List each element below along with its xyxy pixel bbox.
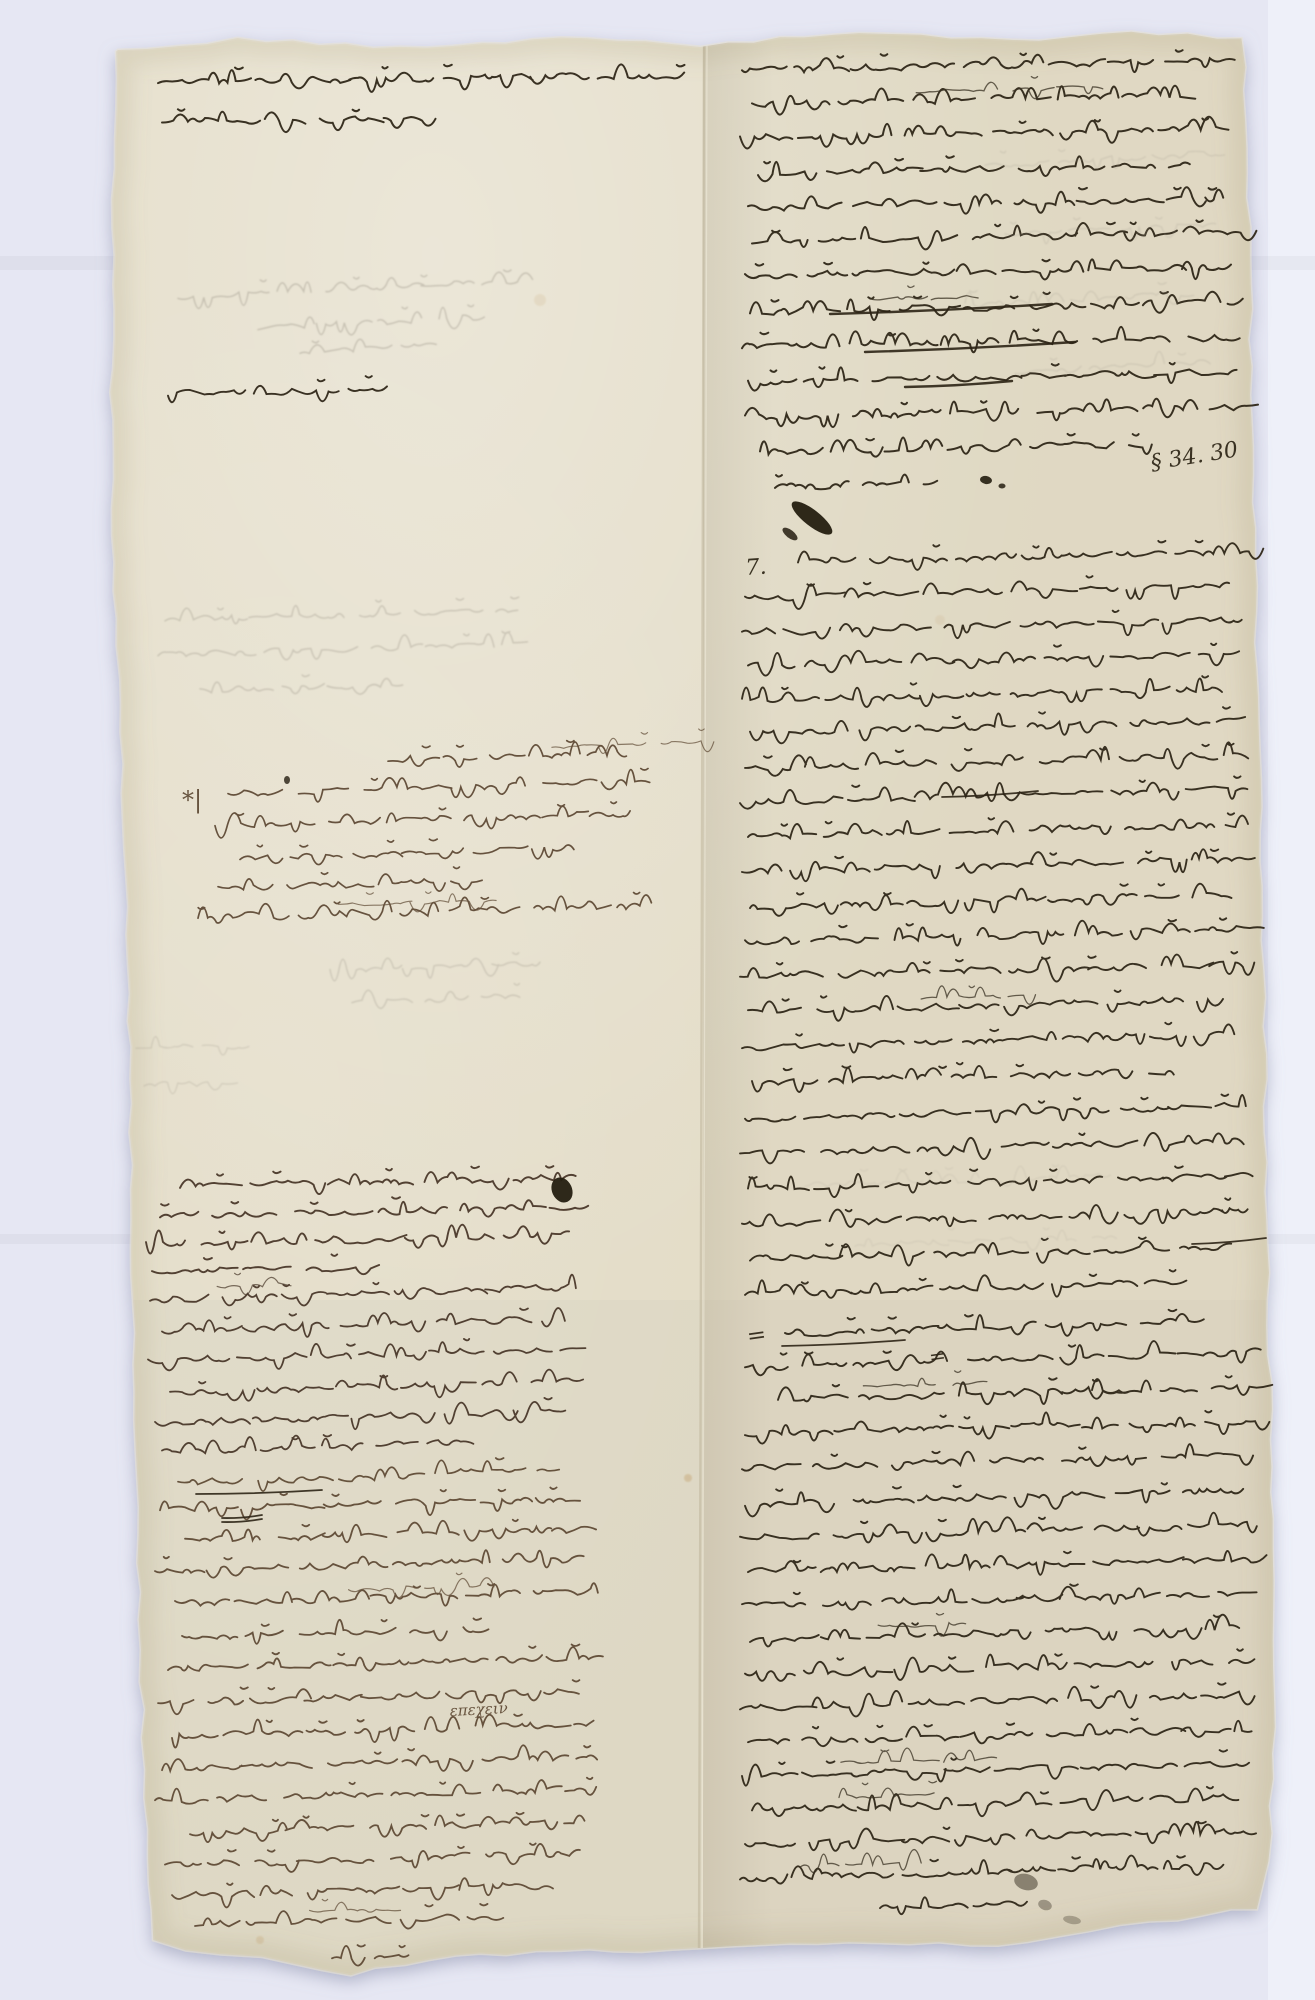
equals-sign-2: = — [927, 1343, 947, 1369]
asterisk-mark: *| — [182, 786, 202, 815]
scanned-manuscript-page: 7.§ 34. 30==επεχειν*| — [0, 0, 1315, 2000]
fold-crease-shading — [703, 40, 773, 1948]
paper-stain — [684, 1474, 692, 1482]
ink-blot — [999, 484, 1006, 489]
paper-stain — [935, 615, 945, 625]
equals-sign-1: = — [745, 1322, 768, 1350]
greek-word: επεχειν — [449, 1699, 508, 1720]
section-number: 7. — [745, 555, 768, 581]
paper-stain — [534, 294, 546, 306]
manuscript-scan: 7.§ 34. 30==επεχειν*| — [0, 0, 1315, 2000]
ink-blot — [284, 776, 290, 784]
paper-shading — [100, 20, 1290, 1980]
paper-stain — [256, 1936, 264, 1944]
paper-sheet — [100, 20, 1290, 1980]
